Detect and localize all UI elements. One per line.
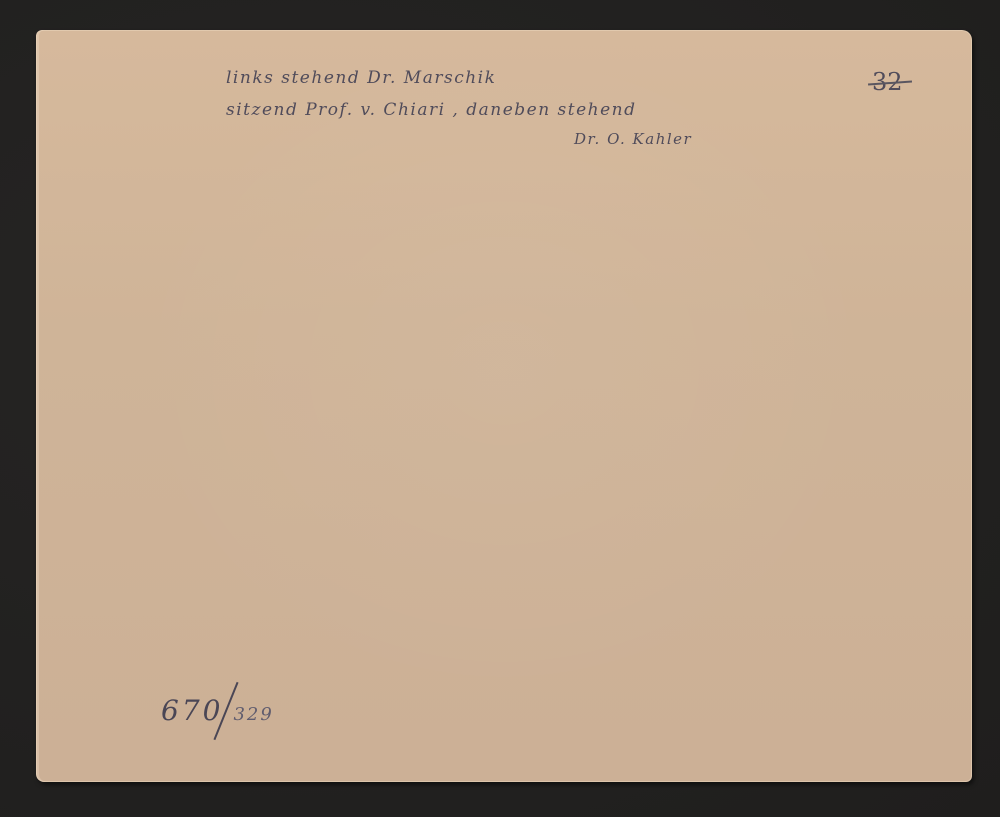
caption-line-1: links stehend Dr. Marschik [226,68,496,88]
page-number: 32 [872,68,903,96]
caption-line-3: Dr. O. Kahler [574,130,692,148]
inventory-main-number: 670 [161,694,223,727]
inventory-number: 670329 [161,680,274,742]
caption-line-2: sitzend Prof. v. Chiari , daneben stehen… [226,100,637,120]
inventory-sub-number: 329 [233,704,273,725]
photo-mount-card: links stehend Dr. Marschik sitzend Prof.… [36,30,972,782]
